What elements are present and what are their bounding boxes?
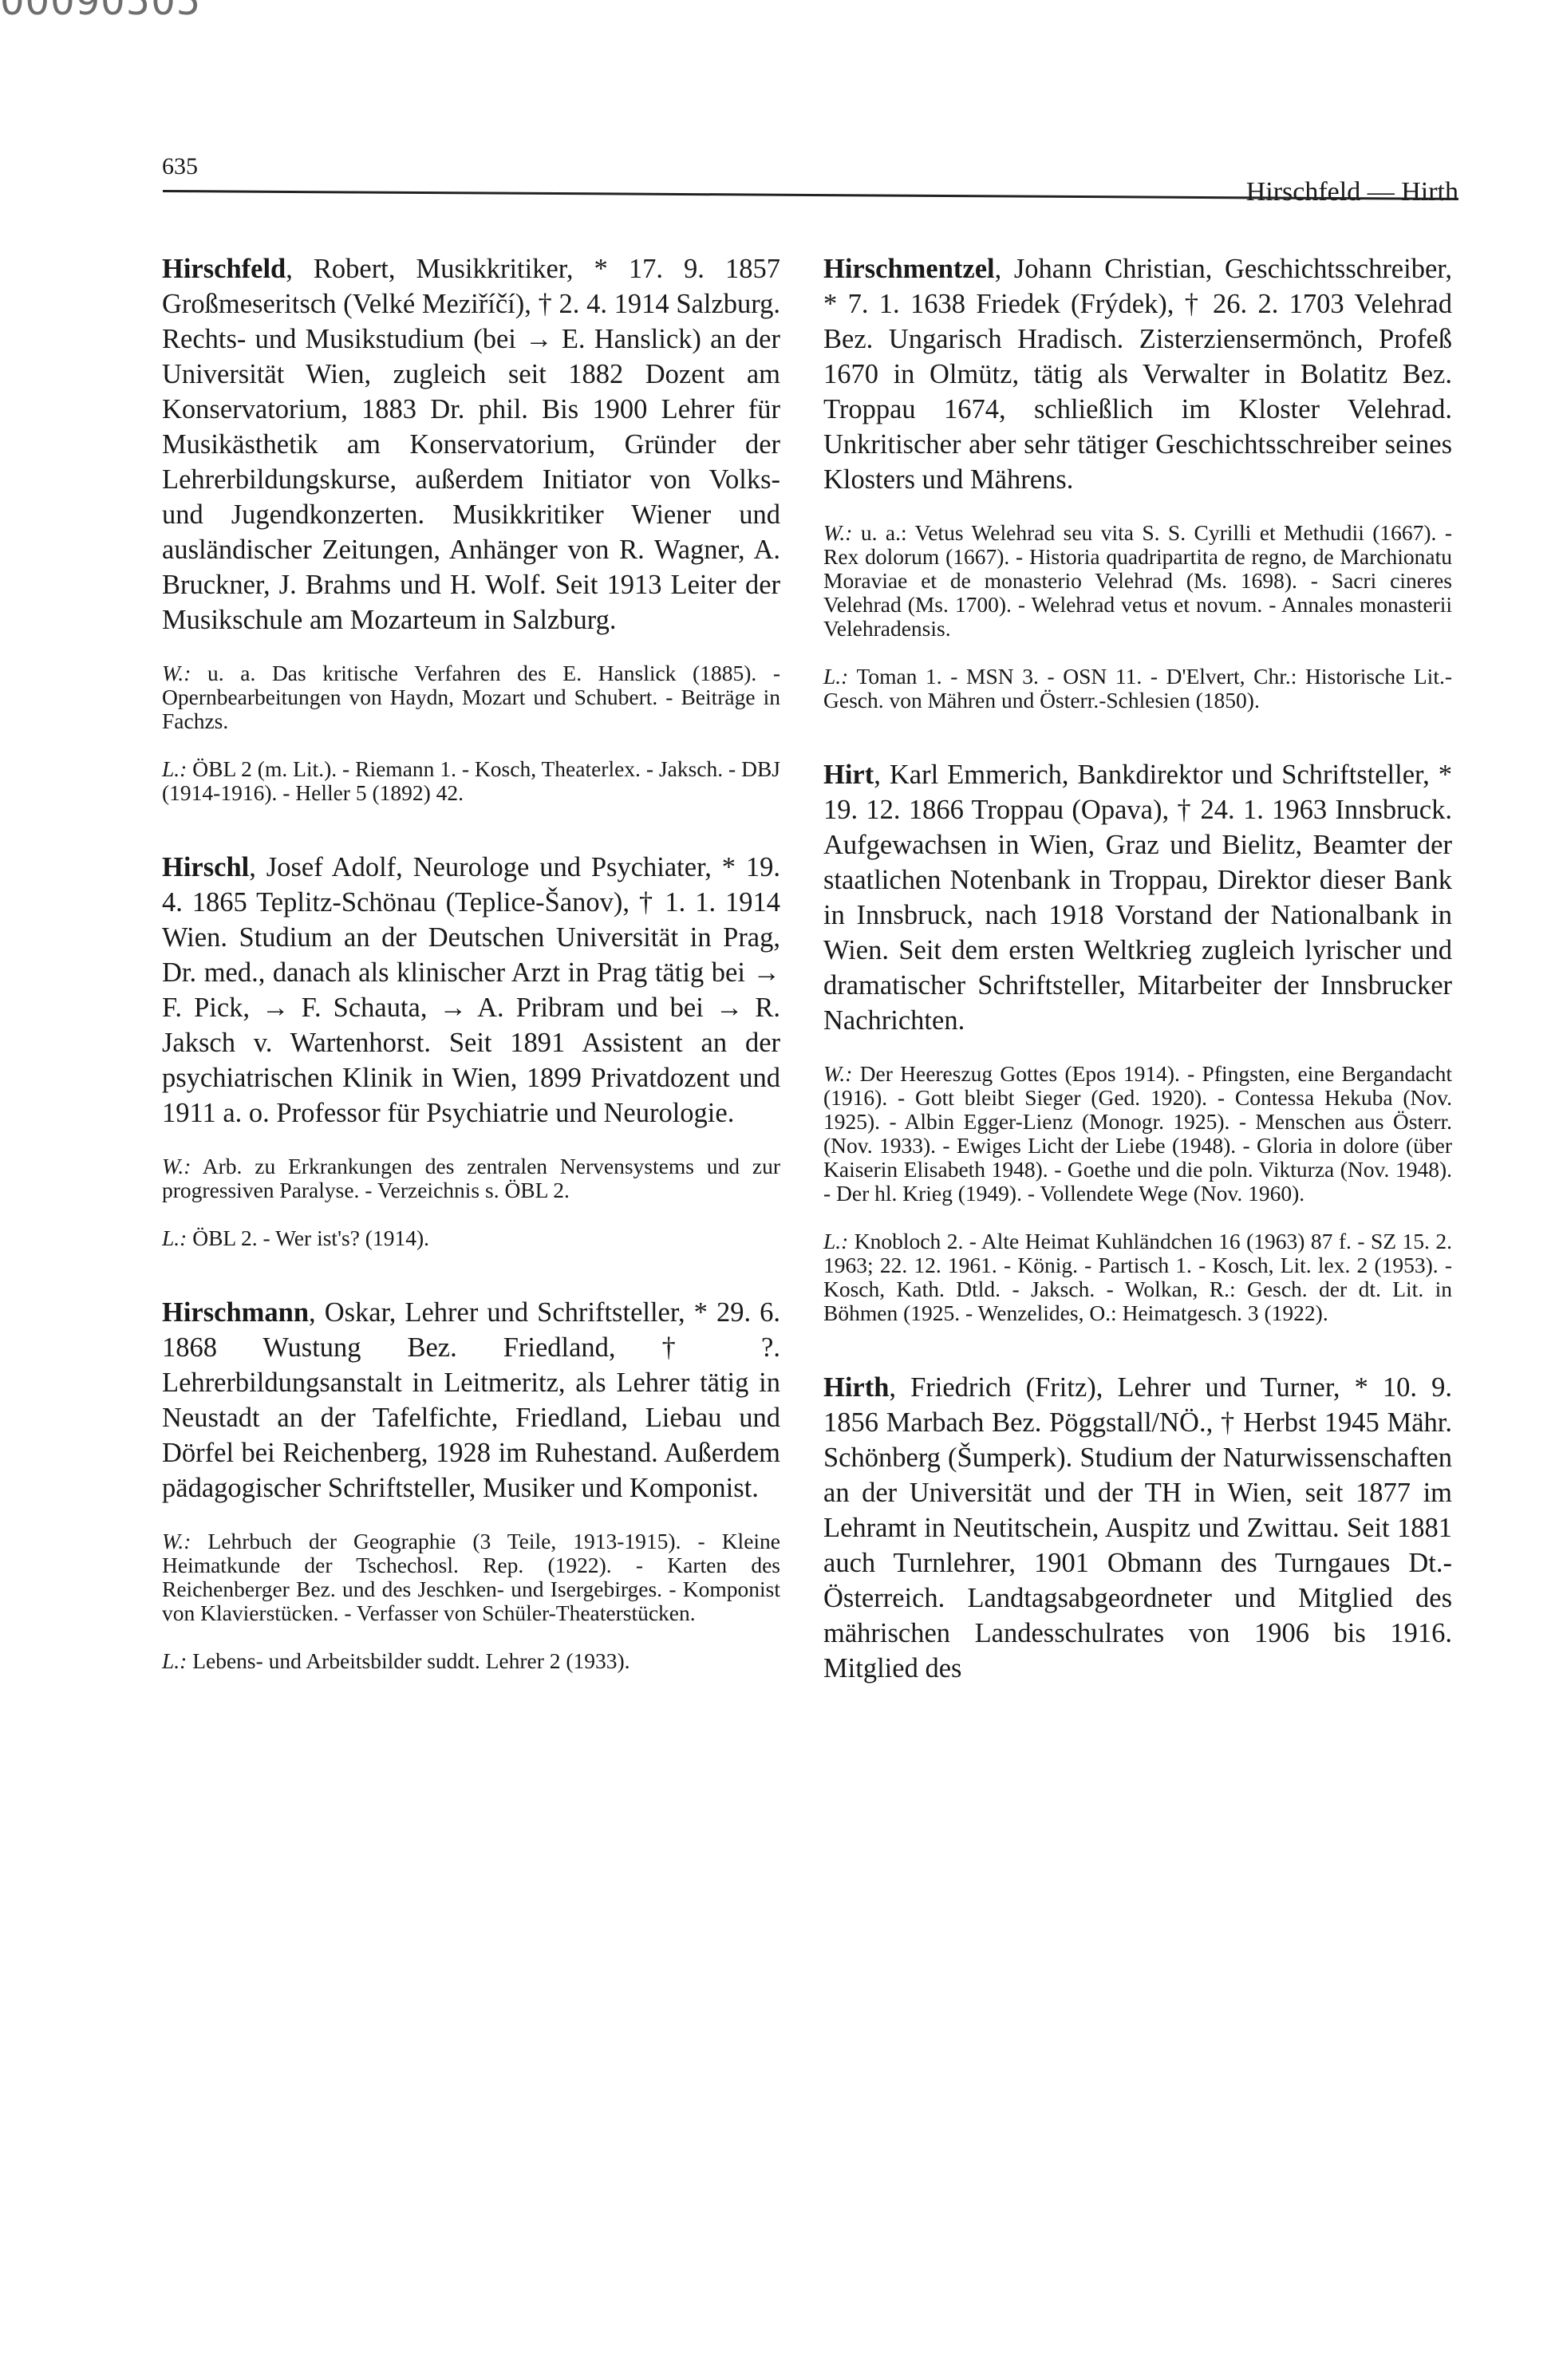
literature-list: L.: ÖBL 2. - Wer ist's? (1914). bbox=[162, 1226, 780, 1250]
entry-bio: Hirschl, Josef Adolf, Neurologe und Psyc… bbox=[162, 850, 780, 1131]
literature-list: L.: Knobloch 2. - Alte Heimat Kuhländche… bbox=[823, 1229, 1452, 1325]
works-list: W.: Der Heereszug Gottes (Epos 1914). - … bbox=[823, 1062, 1452, 1206]
entry-text: , Oskar, Lehrer und Schriftsteller, * 29… bbox=[162, 1297, 780, 1503]
entry-text: , Robert, Musikkritiker, * 17. 9. 1857 G… bbox=[162, 254, 780, 635]
works-list: W.: u. a. Das kritische Verfahren des E.… bbox=[162, 661, 780, 733]
literature-label: L.: bbox=[823, 664, 848, 689]
works-text: u. a. Das kritische Verfahren des E. Han… bbox=[162, 661, 780, 733]
entry-hirth: Hirth, Friedrich (Fritz), Lehrer und Tur… bbox=[823, 1370, 1452, 1686]
literature-text: ÖBL 2. - Wer ist's? (1914). bbox=[192, 1226, 429, 1250]
entry-hirschmentzel: Hirschmentzel, Johann Christian, Geschic… bbox=[823, 251, 1452, 712]
entry-text: , Karl Emmerich, Bankdirektor und Schrif… bbox=[823, 760, 1452, 1036]
works-label: W.: bbox=[162, 661, 191, 685]
entry-text: , Johann Christian, Geschichtsschreiber,… bbox=[823, 254, 1452, 495]
literature-label: L.: bbox=[162, 1226, 187, 1250]
literature-text: Lebens- und Arbeitsbilder suddt. Lehrer … bbox=[192, 1648, 630, 1673]
entry-bio: Hirschmann, Oskar, Lehrer und Schriftste… bbox=[162, 1295, 780, 1506]
literature-text: Knobloch 2. - Alte Heimat Kuhländchen 16… bbox=[823, 1229, 1452, 1325]
works-label: W.: bbox=[823, 520, 852, 545]
works-list: W.: Arb. zu Erkrankungen des zentralen N… bbox=[162, 1154, 780, 1202]
entry-name: Hirschl bbox=[162, 852, 249, 882]
literature-label: L.: bbox=[162, 1648, 187, 1673]
entry-text: , Friedrich (Fritz), Lehrer und Turner, … bbox=[823, 1372, 1452, 1683]
literature-list: L.: Lebens- und Arbeitsbilder suddt. Leh… bbox=[162, 1649, 780, 1673]
running-head: Hirschfeld — Hirth bbox=[1246, 177, 1458, 207]
entry-bio: Hirschmentzel, Johann Christian, Geschic… bbox=[823, 251, 1452, 497]
literature-text: ÖBL 2 (m. Lit.). - Riemann 1. - Kosch, T… bbox=[162, 756, 780, 805]
entry-hirschl: Hirschl, Josef Adolf, Neurologe und Psyc… bbox=[162, 850, 780, 1250]
left-column: Hirschfeld, Robert, Musikkritiker, * 17.… bbox=[162, 251, 780, 1718]
entry-name: Hirschmann bbox=[162, 1297, 309, 1328]
page-number: 635 bbox=[162, 153, 198, 180]
works-label: W.: bbox=[162, 1154, 191, 1178]
literature-list: L.: ÖBL 2 (m. Lit.). - Riemann 1. - Kosc… bbox=[162, 757, 780, 805]
entry-text: , Josef Adolf, Neurologe und Psychiater,… bbox=[162, 852, 780, 1128]
entry-bio: Hirth, Friedrich (Fritz), Lehrer und Tur… bbox=[823, 1370, 1452, 1686]
entry-bio: Hirschfeld, Robert, Musikkritiker, * 17.… bbox=[162, 251, 780, 637]
works-label: W.: bbox=[823, 1061, 852, 1086]
entry-hirt: Hirt, Karl Emmerich, Bankdirektor und Sc… bbox=[823, 757, 1452, 1325]
works-label: W.: bbox=[162, 1529, 191, 1553]
works-text: Arb. zu Erkrankungen des zentralen Nerve… bbox=[162, 1154, 780, 1202]
entry-name: Hirschfeld bbox=[162, 254, 286, 284]
works-list: W.: Lehrbuch der Geographie (3 Teile, 19… bbox=[162, 1529, 780, 1625]
literature-text: Toman 1. - MSN 3. - OSN 11. - D'Elvert, … bbox=[823, 664, 1452, 712]
entry-name: Hirth bbox=[823, 1372, 889, 1403]
literature-label: L.: bbox=[162, 756, 187, 781]
literature-list: L.: Toman 1. - MSN 3. - OSN 11. - D'Elve… bbox=[823, 665, 1452, 712]
entry-hirschmann: Hirschmann, Oskar, Lehrer und Schriftste… bbox=[162, 1295, 780, 1673]
right-column: Hirschmentzel, Johann Christian, Geschic… bbox=[823, 251, 1452, 1731]
works-text: Lehrbuch der Geographie (3 Teile, 1913-1… bbox=[162, 1529, 780, 1625]
entry-hirschfeld: Hirschfeld, Robert, Musikkritiker, * 17.… bbox=[162, 251, 780, 805]
works-text: u. a.: Vetus Welehrad seu vita S. S. Cyr… bbox=[823, 520, 1452, 641]
literature-label: L.: bbox=[823, 1229, 848, 1253]
entry-bio: Hirt, Karl Emmerich, Bankdirektor und Sc… bbox=[823, 757, 1452, 1038]
entry-name: Hirschmentzel bbox=[823, 254, 995, 284]
entry-name: Hirt bbox=[823, 760, 874, 790]
works-list: W.: u. a.: Vetus Welehrad seu vita S. S.… bbox=[823, 521, 1452, 641]
works-text: Der Heereszug Gottes (Epos 1914). - Pfin… bbox=[823, 1061, 1452, 1206]
document-id-watermark: 00090505 bbox=[0, 0, 201, 24]
